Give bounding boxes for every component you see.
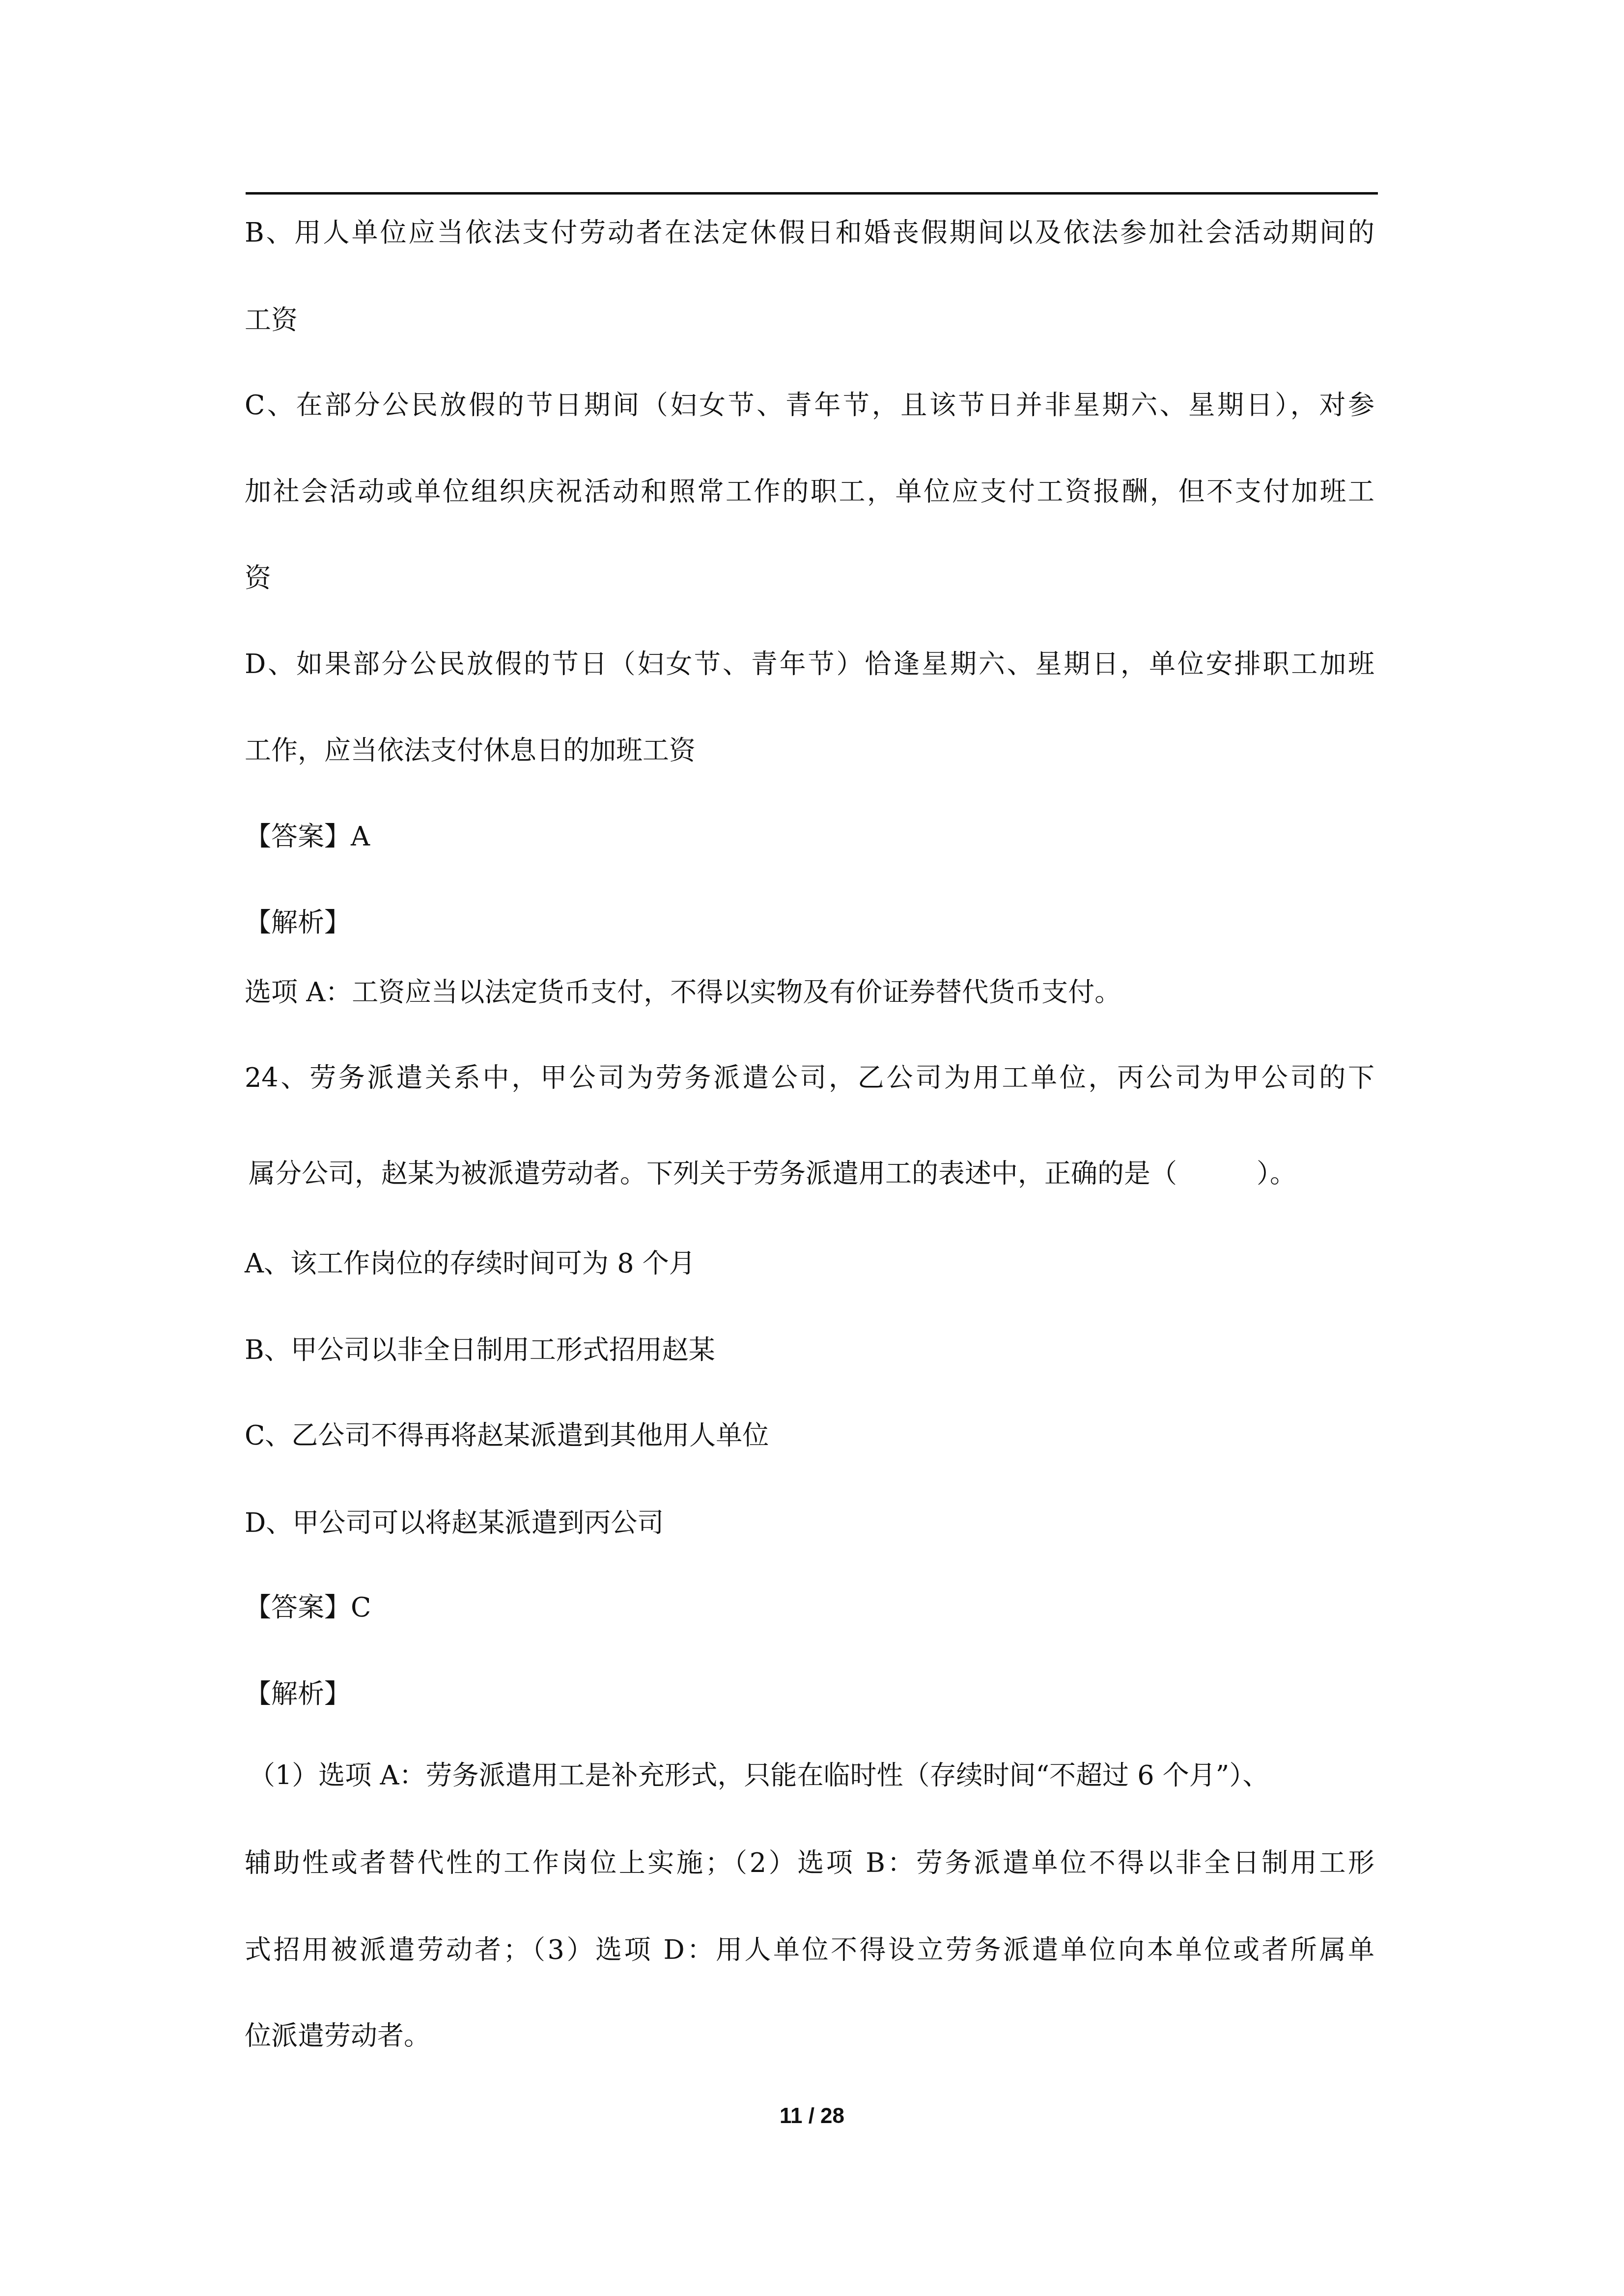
q23-option-b-line1: B、用人单位应当依法支付劳动者在法定休假日和婚丧假期间以及依法参加社会活动期间的 (245, 217, 1374, 249)
q24-analysis-line3: 式招用被派遣劳动者；（3）选项 D：用人单位不得设立劳务派遣单位向本单位或者所属… (245, 1934, 1374, 1966)
q23-analysis-text: 选项 A：工资应当以法定货币支付，不得以实物及有价证券替代货币支付。 (245, 977, 1374, 1008)
q24-option-b: B、甲公司以非全日制用工形式招用赵某 (245, 1334, 1374, 1366)
q24-analysis-line2: 辅助性或者替代性的工作岗位上实施；（2）选项 B：劳务派遣单位不得以非全日制用工… (245, 1847, 1374, 1879)
q23-analysis-label: 【解析】 (245, 907, 1374, 938)
q23-option-d-line1: D、如果部分公民放假的节日（妇女节、青年节）恰逢星期六、星期日，单位安排职工加班 (245, 649, 1374, 680)
q23-option-c-line2: 加社会活动或单位组织庆祝活动和照常工作的职工，单位应支付工资报酬，但不支付加班工 (245, 476, 1374, 508)
q23-option-c-line3: 资 (245, 563, 1374, 594)
q24-stem-line2: 属分公司，赵某为被派遣劳动者。下列关于劳务派遣用工的表述中，正确的是（ ）。 (249, 1158, 1374, 1190)
q24-stem-line1: 24、劳务派遣关系中，甲公司为劳务派遣公司，乙公司为用工单位，丙公司为甲公司的下 (245, 1062, 1374, 1094)
q23-answer: 【答案】A (245, 821, 1374, 852)
q24-option-c: C、乙公司不得再将赵某派遣到其他用人单位 (245, 1420, 1374, 1451)
q23-option-d-line2: 工作，应当依法支付休息日的加班工资 (245, 735, 1374, 766)
q24-analysis-line1: （1）选项 A：劳务派遣用工是补充形式，只能在临时性（存续时间“不超过 6 个月… (249, 1760, 1374, 1791)
q24-analysis-line4: 位派遣劳动者。 (245, 2020, 1374, 2052)
q24-option-d: D、甲公司可以将赵某派遣到丙公司 (245, 1507, 1374, 1539)
q23-option-c-line1: C、在部分公民放假的节日期间（妇女节、青年节，且该节日并非星期六、星期日），对参 (245, 390, 1374, 421)
q23-option-b-line2: 工资 (245, 305, 1374, 336)
q24-answer: 【答案】C (245, 1592, 1374, 1623)
header-rule (246, 192, 1378, 195)
q24-option-a: A、该工作岗位的存续时间可为 8 个月 (245, 1248, 1374, 1279)
q24-analysis-label: 【解析】 (245, 1678, 1374, 1710)
page-indicator: 11 / 28 (0, 2104, 1624, 2128)
